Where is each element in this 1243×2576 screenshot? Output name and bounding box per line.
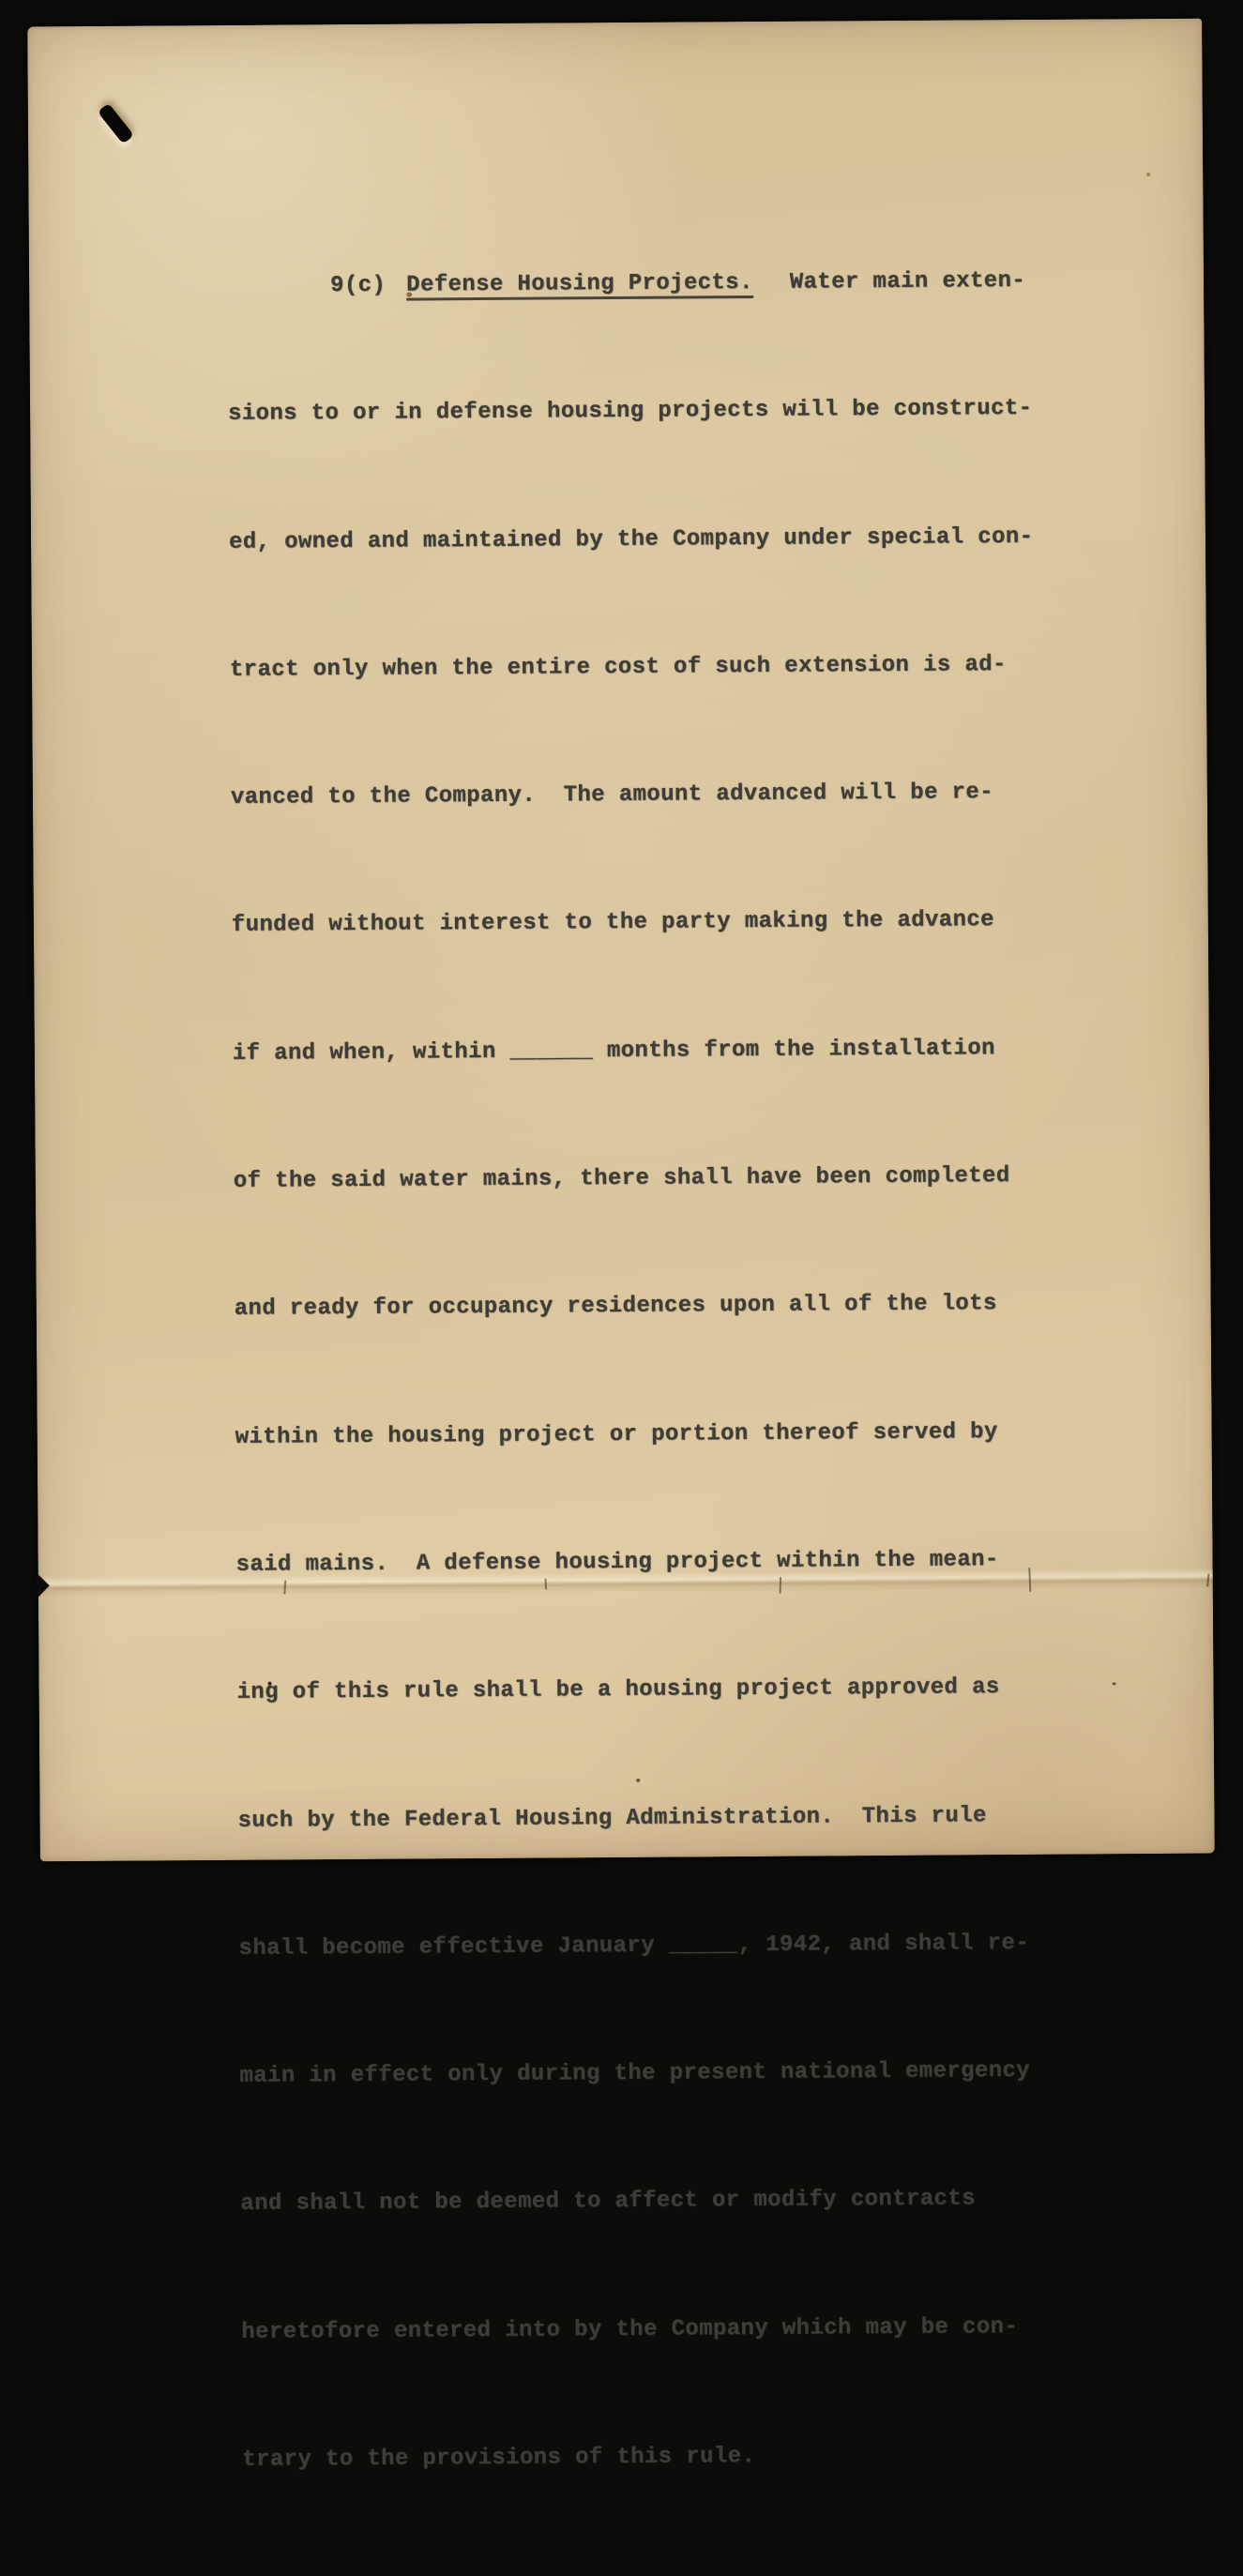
typed-line: such by the Federal Housing Administrati…: [237, 1801, 1101, 1879]
typed-line: funded without interest to the party mak…: [232, 906, 1096, 984]
paper-speck: [636, 1779, 640, 1782]
document-page: 9(c)Defense Housing Projects.Water main …: [27, 19, 1215, 1862]
paper-speck: [268, 1682, 272, 1686]
scanner-background: { "document": { "section_number": "9(c)"…: [0, 0, 1243, 1889]
typed-line: if and when, within ______ months from t…: [233, 1034, 1097, 1112]
section-number: 9(c): [330, 273, 386, 298]
typed-text-block: 9(c)Defense Housing Projects.Water main …: [227, 210, 1107, 1889]
section-title: Defense Housing Projects.: [406, 270, 753, 301]
punch-hole: [98, 103, 134, 144]
typed-line: ing of this rule shall be a housing proj…: [236, 1674, 1100, 1751]
typed-line: sions to or in defense housing projects …: [228, 395, 1092, 473]
section-title-suffix: Water main exten-: [790, 268, 1025, 295]
paper-speck: [1113, 1682, 1116, 1685]
typed-line: within the housing project or portion th…: [235, 1417, 1099, 1495]
typed-line: tract only when the entire cost of such …: [230, 650, 1094, 728]
typed-line: of the said water mains, there shall hav…: [234, 1162, 1098, 1240]
typed-line: ed, owned and maintained by the Company …: [229, 523, 1093, 600]
paper-speck: [1146, 173, 1150, 176]
typed-line: and ready for occupancy residences upon …: [235, 1290, 1099, 1368]
paper-speck: [406, 293, 412, 297]
typed-line-heading: 9(c)Defense Housing Projects.Water main …: [227, 266, 1091, 344]
typed-line: vanced to the Company. The amount advanc…: [231, 779, 1095, 856]
